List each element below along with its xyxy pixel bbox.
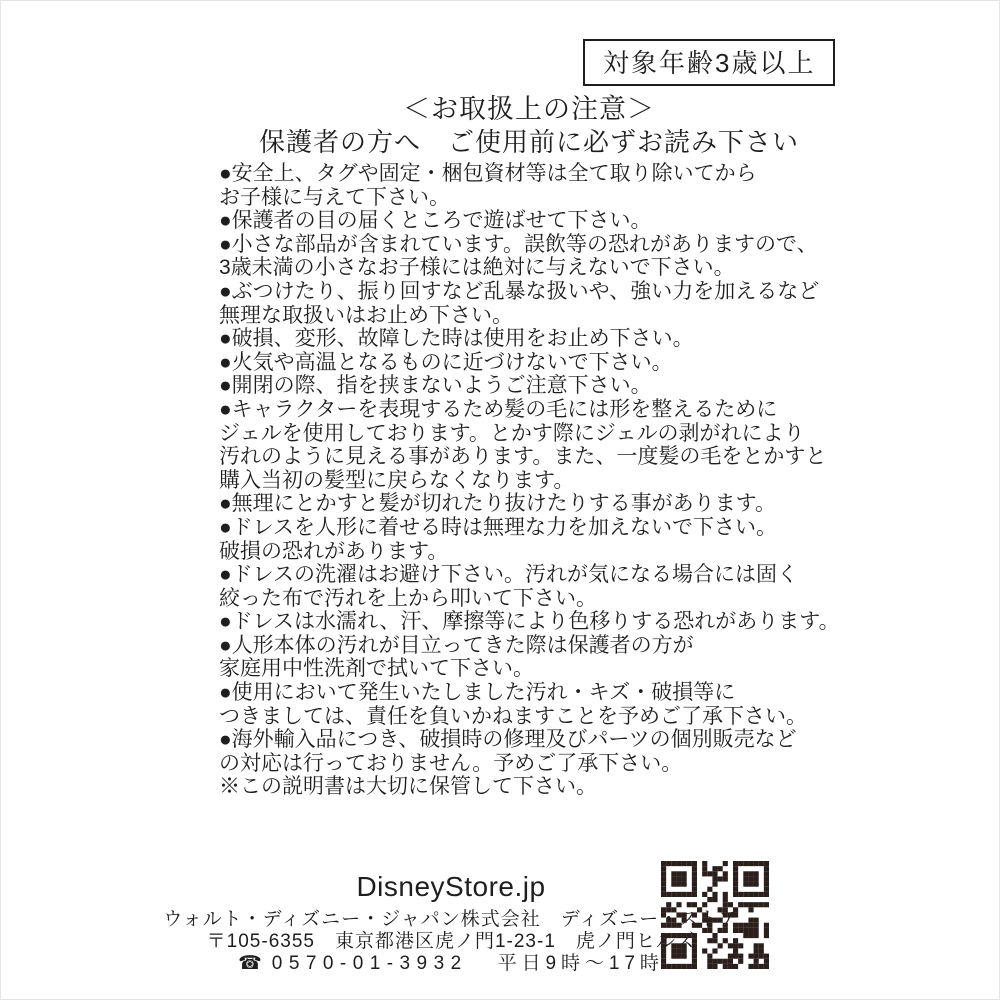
age-restriction-badge: 対象年齢3歳以上 — [583, 39, 835, 86]
precaution-item: ●ドレスは水濡れ、汗、摩擦等により色移りする恐れがあります。 — [219, 610, 867, 634]
precaution-item: ●保護者の目の届くところで遊ばせて下さい。 — [219, 209, 867, 233]
precaution-item: ●無理にとかすと髪が切れたり抜けたりする事があります。 — [219, 492, 867, 516]
precaution-item: ●ドレスの洗濯はお避け下さい。汚れが気になる場合には固く 絞った布で汚れを上から… — [219, 563, 867, 610]
telephone-icon: ☎ — [238, 953, 262, 974]
page-subtitle: 保護者の方へ ご使用前に必ずお読み下さい — [57, 122, 1000, 159]
precaution-item: ●ぶつけたり、振り回すなど乱暴な扱いや、強い力を加えるなど 無理な取扱いはお止め… — [219, 280, 867, 327]
precaution-item: ●海外輸入品につき、破損時の修理及びパーツの個別販売など の対応は行っておりませ… — [219, 728, 867, 775]
precaution-item: ※この説明書は大切に保管して下さい。 — [219, 775, 867, 799]
precaution-item: ●小さな部品が含まれています。誤飲等の恐れがありますので、 3歳未満の小さなお子… — [219, 233, 867, 280]
precaution-item: ●火気や高温となるものに近づけないで下さい。 — [219, 351, 867, 375]
business-hours: 平日9時～17時 — [498, 953, 664, 974]
precaution-item: ●人形本体の汚れが目立ってきた際は保護者の方が 家庭用中性洗剤で拭いて下さい。 — [219, 634, 867, 681]
page-title: ＜お取扱上の注意＞ — [57, 87, 1000, 126]
instruction-sheet-page: 対象年齢3歳以上 ＜お取扱上の注意＞ 保護者の方へ ご使用前に必ずお読み下さい … — [0, 0, 1000, 1000]
precaution-item: ●破損、変形、故障した時は使用をお止め下さい。 — [219, 327, 867, 351]
precaution-list: ●安全上、タグや固定・梱包資材等は全て取り除いてから お子様に与えて下さい。●保… — [219, 162, 867, 799]
precaution-item: ●開閉の際、指を挟まないようご注意下さい。 — [219, 374, 867, 398]
qr-code-icon — [661, 861, 769, 969]
precaution-item: ●ドレスを人形に着せる時は無理な力を加えないで下さい。 破損の恐れがあります。 — [219, 516, 867, 563]
precaution-item: ●キャラクターを表現するため髪の毛には形を整えるために ジェルを使用しております… — [219, 398, 867, 492]
phone-number: 0570-01-3932 — [272, 953, 468, 974]
precaution-item: ●使用において発生いたしました汚れ・キズ・破損等に つきましては、責任を負いかね… — [219, 681, 867, 728]
precaution-item: ●安全上、タグや固定・梱包資材等は全て取り除いてから お子様に与えて下さい。 — [219, 162, 867, 209]
